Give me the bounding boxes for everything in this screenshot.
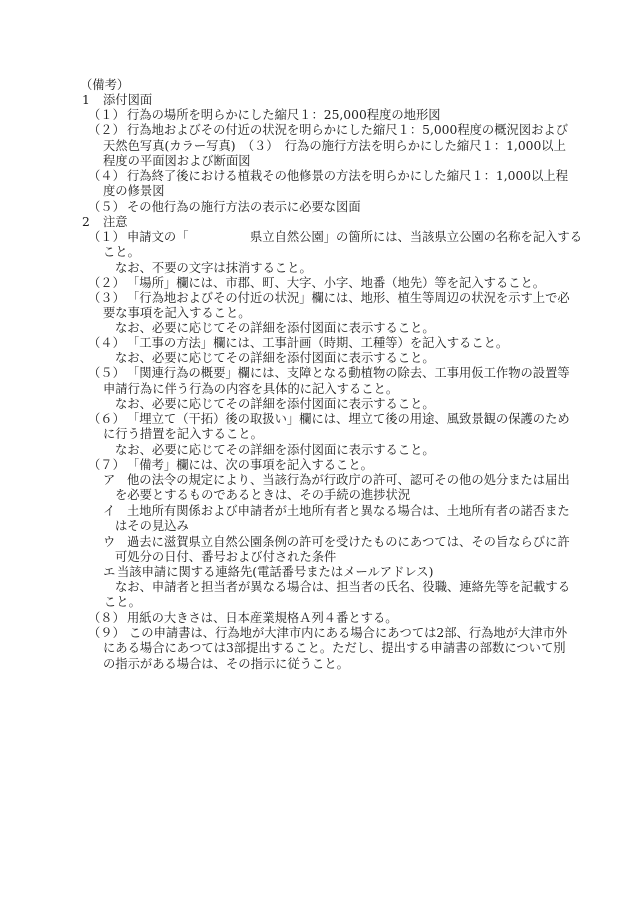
attachment-item-5-label: （５）: [88, 200, 125, 215]
notice-item-4-text: 「工事の方法」欄には、工事計画（時期、工種等）を記入すること。: [127, 336, 508, 351]
subitem-a-text: 他の法令の規定により、当該行為が行政庁の許可、認可その他の処分または届出: [127, 473, 552, 488]
subitem-i-text: 土地所有関係および申請者が土地所有者と異なる場合は、土地所有者の諾否また: [127, 504, 552, 519]
attachment-item-1-text: 行為の場所を明らかにした縮尺１：25,000程度の地形図: [127, 108, 441, 123]
subitem-i-label: イ: [103, 504, 115, 519]
notice-item-8-text: 用紙の大きさは、日本産業規格Ａ列４番とする。: [127, 611, 398, 626]
attachment-item-5-text: その他行為の施行方法の表示に必要な図面: [127, 200, 361, 215]
notice-item-4-label: （４）: [88, 336, 125, 351]
notice-item-8-label: （８）: [88, 611, 125, 626]
section-2-heading: 注意: [103, 215, 128, 230]
notice-item-9-label: （９）: [88, 626, 125, 641]
notice-item-3-note: なお、必要に応じてその詳細を添付図面に表示すること。: [115, 321, 435, 336]
notice-item-6-note: なお、必要に応じてその詳細を添付図面に表示すること。: [115, 443, 435, 458]
notice-item-5-label: （５）: [88, 366, 125, 381]
attachment-item-4-label: （４）: [88, 169, 125, 184]
attachment-item-4-text-cont: 度の修景図: [103, 184, 165, 199]
section-1-heading: 添付図面: [103, 93, 152, 108]
subitem-u-label: ウ: [103, 535, 115, 550]
subitem-u-text: 過去に滋賀県立自然公園条例の許可を受けたものにあつては、その旨ならびに許: [127, 535, 552, 550]
notice-item-3-text-cont: 要な事項を記入すること。: [103, 306, 251, 321]
subitem-a-text-cont: を必要とするものであるときは、その手続の進捗状況: [115, 488, 410, 503]
subitem-e-note: なお、申請者と担当者が異なる場合は、担当者の氏名、役職、連絡先等を記載する: [115, 580, 552, 595]
notice-item-5-text: 「関連行為の概要」欄には、支障となる動植物の除去、工事用仮工作物の設置等: [127, 366, 552, 381]
document-page: （備考） 1 添付図面 （１） 行為の場所を明らかにした縮尺１：25,000程度…: [0, 0, 630, 903]
subitem-e-label: エ: [103, 565, 115, 580]
notice-item-2-label: （２）: [88, 276, 125, 291]
attachment-item-2-text-cont: 天然色写真(カラー写真) （３） 行為の施行方法を明らかにした縮尺１：1,000…: [103, 139, 552, 154]
notice-item-9-text: この申請書は、行為地が大津市内にある場合にあつては2部、行為地が大津市外: [129, 626, 552, 641]
subitem-e-text: 当該申請に関する連絡先(電話番号またはメールアドレス): [117, 565, 433, 580]
notice-item-6-label: （６）: [88, 412, 125, 427]
attachment-item-2-text-cont: 程度の平面図および断面図: [103, 154, 251, 169]
notice-item-1-label: （１）: [88, 230, 125, 245]
notice-item-1-note: なお、不要の文字は抹消すること。: [115, 261, 312, 276]
notice-item-1-text: 申請文の「 県立自然公園」の箇所には、当該県立公園の名称を記入する: [127, 230, 552, 245]
attachment-item-2-text: 行為地およびその付近の状況を明らかにした縮尺１：5,000程度の概況図および: [127, 123, 552, 138]
attachment-item-2-label: （２）: [88, 123, 125, 138]
notice-item-5-note: なお、必要に応じてその詳細を添付図面に表示すること。: [115, 397, 435, 412]
notice-item-3-text: 「行為地およびその付近の状況」欄には、地形、植生等周辺の状況を示す上で必: [127, 291, 552, 306]
notice-item-7-text: 「備考」欄には、次の事項を記入すること。: [127, 458, 373, 473]
notice-item-1-text-cont: こと。: [103, 245, 140, 260]
notice-item-4-note: なお、必要に応じてその詳細を添付図面に表示すること。: [115, 351, 435, 366]
attachment-item-1-label: （１）: [88, 108, 125, 123]
notice-item-9-text-cont: の指示がある場合は、その指示に従うこと。: [103, 657, 349, 672]
notice-item-6-text: 「埋立て（干拓）後の取扱い」欄には、埋立て後の用途、風致景観の保護のため: [127, 412, 552, 427]
notice-item-5-text-cont: 申請行為に伴う行為の内容を具体的に記入すること。: [103, 382, 398, 397]
attachment-item-4-text: 行為終了後における植栽その他修景の方法を明らかにした縮尺１：1,000以上程: [127, 169, 552, 184]
section-1-number: 1: [82, 93, 90, 108]
subitem-u-text-cont: 可処分の日付、番号および付された条件: [115, 550, 336, 565]
notice-item-7-label: （７）: [88, 458, 125, 473]
subitem-e-note-cont: こと。: [104, 595, 141, 610]
notice-item-6-text-cont: に行う措置を記入すること。: [103, 427, 263, 442]
notice-item-3-label: （３）: [88, 291, 125, 306]
subitem-a-label: ア: [103, 473, 115, 488]
subitem-i-text-cont: はその見込み: [115, 519, 189, 534]
notice-item-2-text: 「場所」欄には、市郡、町、大字、小字、地番（地先）等を記入すること。: [127, 276, 545, 291]
notice-item-9-text-cont: にある場合にあつては3部提出すること。ただし、提出する申請書の部数について別: [103, 641, 552, 656]
remarks-heading: （備考）: [80, 78, 129, 93]
section-2-number: 2: [82, 215, 90, 230]
